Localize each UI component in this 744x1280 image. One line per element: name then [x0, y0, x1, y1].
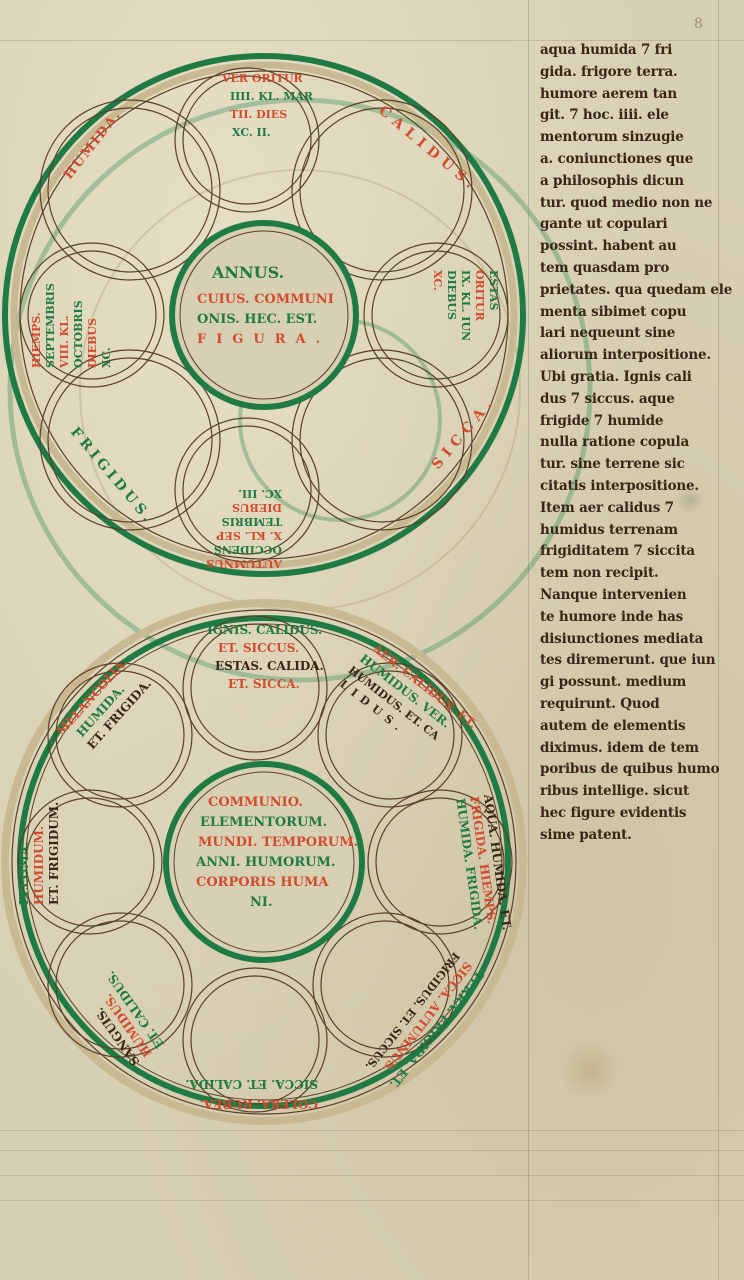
segment-label: ET. FRIGIDUM. — [47, 802, 61, 905]
text-column: aqua humida 7 fri gida. frigore terra. h… — [540, 40, 690, 846]
lower-center-line: MUNDI. TEMPORUM. — [198, 835, 358, 850]
season-label: AUTUMNUS — [206, 557, 283, 570]
segment-label: COLERA. RUBEA. — [200, 1097, 318, 1111]
season-label: SEPTEMBRIS — [44, 283, 57, 368]
season-label: OCCIDENS — [214, 543, 282, 556]
segment-label: IGNIS. CALIDUS. — [207, 623, 322, 637]
text-line: git. 7 hoc. iiii. ele — [540, 105, 690, 127]
text-line: tem non recipit. — [540, 563, 690, 585]
lower-center-line: ANNI. HUMORUM. — [195, 855, 335, 870]
text-line: hec figure evidentis — [540, 803, 690, 825]
text-line: gida. frigore terra. — [540, 62, 690, 84]
text-line: frigiditatem 7 siccita — [540, 541, 690, 563]
text-line: citatis interpositione. — [540, 476, 690, 498]
season-label: DIEBUS — [232, 501, 282, 514]
text-line: autem de elementis — [540, 716, 690, 738]
season-label: DIEBUS — [86, 318, 99, 368]
lower-center-line: NI. — [250, 895, 273, 910]
upper-center-line: ONIS. HEC. EST. — [197, 312, 317, 327]
text-line: tes diremerunt. que iun — [540, 650, 690, 672]
text-line: a philosophis dicun — [540, 171, 690, 193]
season-label: ORITUR — [473, 270, 486, 322]
text-line: Nanque intervenien — [540, 585, 690, 607]
text-line: Ubi gratia. Ignis cali — [540, 367, 690, 389]
season-label: OCTOBRIS — [72, 300, 85, 368]
text-line: prietates. qua quedam ele — [540, 280, 690, 302]
season-label: TEMBRIS — [222, 515, 282, 528]
season-label: ESTAS — [487, 270, 500, 310]
season-label: TII. DIES — [230, 108, 287, 121]
text-line: aliorum interpositione. — [540, 345, 690, 367]
segment-label: FLEGMA. — [17, 842, 31, 905]
lower-center-line: CORPORIS HUMA — [196, 875, 329, 890]
text-line: frigide 7 humide — [540, 411, 690, 433]
text-line: sime patent. — [540, 825, 690, 847]
season-label: XC. II. — [232, 126, 271, 139]
lower-diagram: COMMUNIO. ELEMENTORUM. MUNDI. TEMPORUM. … — [5, 603, 523, 1121]
text-line: menta sibimet copu — [540, 302, 690, 324]
segment-label: SICCA. ET. CALIDA. — [185, 1077, 318, 1091]
lower-center-line: ELEMENTORUM. — [200, 815, 327, 830]
season-label: HIEMPS. — [30, 312, 43, 368]
season-label: XC. — [431, 270, 444, 291]
lower-center-line: COMMUNIO. — [208, 795, 303, 810]
season-label: IIII. KL. MAR — [230, 90, 314, 103]
season-label: DIEBUS — [445, 270, 458, 320]
text-line: aqua humida 7 fri — [540, 40, 690, 62]
season-label: VIII. KL. — [58, 315, 71, 369]
text-line: a. coniunctiones que — [540, 149, 690, 171]
text-line: ribus intellige. sicut — [540, 781, 690, 803]
segment-label: ET. SICCUS. — [218, 641, 299, 655]
upper-center-line: FIGURA. — [197, 332, 330, 347]
text-line: Item aer calidus 7 — [540, 498, 690, 520]
segment-label: HUMIDUM. — [32, 826, 46, 905]
manuscript-page: 8 ANNUS. — [0, 0, 744, 1280]
season-label: XC. — [100, 347, 113, 368]
upper-center-line: CUIUS. COMMUNI — [197, 292, 334, 307]
text-line: lari nequeunt sine — [540, 323, 690, 345]
text-line: disiunctiones mediata — [540, 629, 690, 651]
text-line: diximus. idem de tem — [540, 738, 690, 760]
text-line: gi possunt. medium — [540, 672, 690, 694]
text-line: poribus de quibus humo — [540, 759, 690, 781]
segment-label: ET. SICCA. — [228, 677, 300, 691]
text-line: humidus terrenam — [540, 520, 690, 542]
text-line: humore aerem tan — [540, 84, 690, 106]
upper-center-line: ANNUS. — [211, 263, 284, 282]
upper-diagram: ANNUS. CUIUS. COMMUNI ONIS. HEC. EST. FI… — [5, 56, 523, 574]
text-line: dus 7 siccus. aque — [540, 389, 690, 411]
segment-label: ESTAS. CALIDA. — [215, 659, 324, 673]
text-line: tur. quod medio non ne — [540, 193, 690, 215]
season-label: XC. III. — [238, 487, 282, 500]
text-line: tur. sine terrene sic — [540, 454, 690, 476]
text-line: mentorum sinzugie — [540, 127, 690, 149]
text-line: possint. habent au — [540, 236, 690, 258]
text-line: te humore inde has — [540, 607, 690, 629]
text-line: tem quasdam pro — [540, 258, 690, 280]
season-label: X. KL. SEP — [216, 529, 282, 542]
text-line: requirunt. Quod — [540, 694, 690, 716]
text-line: nulla ratione copula — [540, 432, 690, 454]
season-label: VER ORITUR — [221, 72, 304, 85]
season-label: IX. KL. IUN — [459, 270, 472, 341]
text-line: gante ut copulari — [540, 214, 690, 236]
